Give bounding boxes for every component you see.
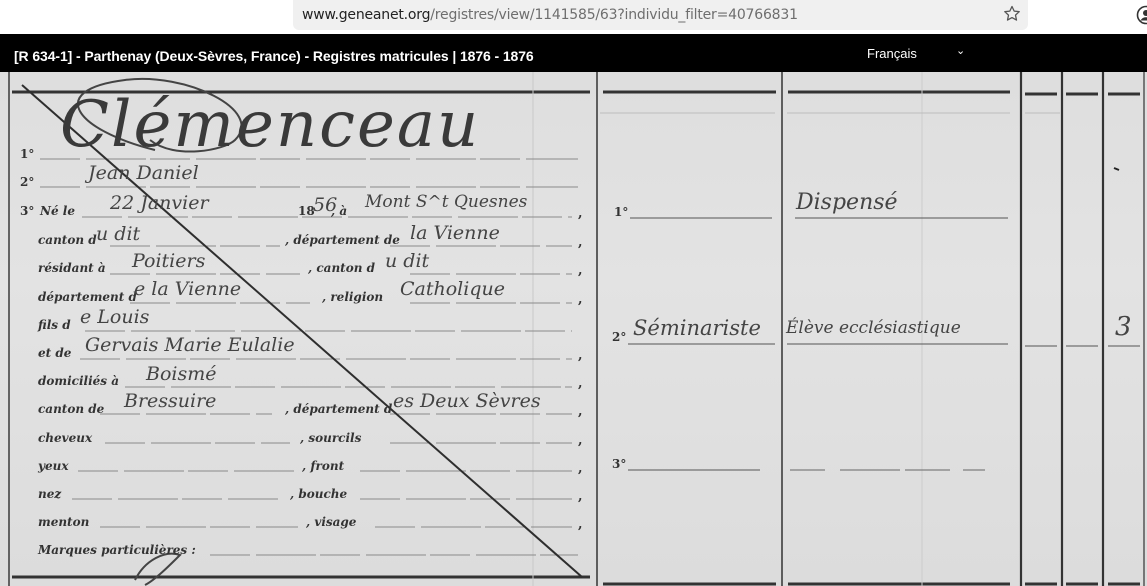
chin-label: menton	[38, 515, 89, 529]
birth-label: Né le	[40, 204, 75, 218]
comma: ,	[578, 263, 583, 278]
comma: ,	[578, 461, 583, 476]
residence-value: Poitiers	[132, 250, 205, 272]
eyebrows-label: , sourcils	[300, 431, 361, 445]
comma: ,	[578, 517, 583, 532]
occupation-detail-value: Élève ecclésiastique	[786, 318, 961, 338]
document-viewer[interactable]: Clémenceau 1° 2° Jean Daniel 3° Né le 22…	[0, 72, 1147, 586]
register-header: [R 634-1] - Parthenay (Deux-Sèvres, Fran…	[0, 34, 1147, 72]
hair-label: cheveux	[38, 431, 92, 445]
profile-icon[interactable]	[1136, 5, 1147, 25]
residence-label: résidant à	[38, 261, 106, 275]
comma: ,	[578, 348, 583, 363]
forehead-label: , front	[302, 459, 344, 473]
class-value: 3	[1115, 312, 1132, 342]
department-value: la Vienne	[410, 222, 500, 244]
residence-department-value: e la Vienne	[134, 278, 241, 300]
comma: ,	[578, 404, 583, 419]
nose-label: nez	[38, 487, 61, 501]
register-title: [R 634-1] - Parthenay (Deux-Sèvres, Fran…	[14, 48, 534, 64]
row-1-number: 1°	[20, 147, 34, 161]
domicile-department-label: , département d	[285, 402, 392, 416]
mother-label: et de	[38, 346, 71, 360]
religion-value: Catholique	[400, 278, 505, 300]
address-bar[interactable]: www.geneanet.org/registres/view/1141585/…	[293, 0, 1028, 30]
comma: ,	[578, 206, 583, 221]
comma: ,	[578, 376, 583, 391]
exemption-value: Dispensé	[796, 190, 898, 215]
canton-value: u dit	[96, 223, 140, 245]
religion-label: , religion	[322, 290, 383, 304]
comma: ,	[578, 489, 583, 504]
given-names-value: Jean Daniel	[88, 162, 199, 184]
birth-place-label: , à	[331, 204, 347, 218]
department-label: , département de	[285, 233, 400, 247]
mother-value: Gervais Marie Eulalie	[85, 334, 295, 356]
chevron-down-icon[interactable]: ⌄	[956, 44, 965, 57]
comma: ,	[578, 235, 583, 250]
language-selector[interactable]: Français	[867, 46, 917, 61]
domicile-canton-label: canton de	[38, 402, 104, 416]
residence-canton-label: , canton d	[308, 261, 375, 275]
father-label: fils d	[38, 318, 71, 332]
canton-label: canton d	[38, 233, 97, 247]
browser-toolbar: www.geneanet.org/registres/view/1141585/…	[0, 0, 1147, 34]
birth-place-value: Mont S^t Quesnes	[365, 192, 527, 212]
comma: ,	[578, 433, 583, 448]
row-3-number: 3°	[20, 204, 34, 218]
domicile-canton-value: Bressuire	[124, 390, 216, 412]
domicile-label: domiciliés à	[38, 374, 119, 388]
surname-value: Clémenceau	[60, 88, 480, 162]
domicile-value: Boismé	[146, 363, 217, 385]
face-label: , visage	[306, 515, 356, 529]
residence-canton-value: u dit	[385, 250, 429, 272]
domicile-department-value: es Deux Sèvres	[393, 390, 541, 412]
right-row-3-number: 3°	[612, 457, 626, 471]
eyes-label: yeux	[38, 459, 69, 473]
url-text[interactable]: www.geneanet.org/registres/view/1141585/…	[302, 7, 798, 23]
comma: ,	[578, 292, 583, 307]
mouth-label: , bouche	[290, 487, 347, 501]
right-row-2-number: 2°	[612, 330, 626, 344]
residence-department-label: département d	[38, 290, 137, 304]
right-row-1-number: 1°	[614, 205, 628, 219]
distinguishing-marks-label: Marques particulières :	[38, 543, 196, 557]
occupation-value: Séminariste	[633, 316, 761, 340]
father-value: e Louis	[80, 306, 149, 328]
row-2-number: 2°	[20, 175, 34, 189]
star-icon[interactable]	[1002, 4, 1022, 24]
birth-date-value: 22 Janvier	[110, 192, 209, 214]
